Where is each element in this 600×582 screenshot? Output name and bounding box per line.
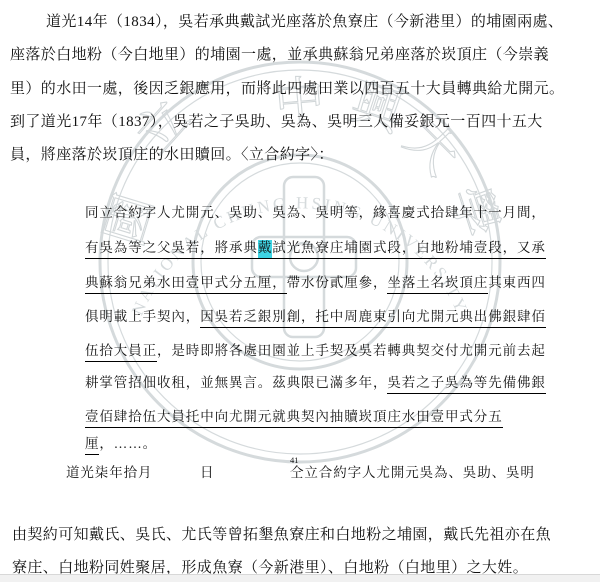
quote-segment: ，是時即將各處田園並上手契及吳若轉典契交付尤開元前去起 — [157, 343, 546, 358]
seal-inner-ring — [193, 155, 407, 369]
signatories-text: 仝立合約字人尤開元吳為、吳助、吳明 — [290, 461, 535, 481]
underlined-segment: 試光魚寮庄埔園式段，白地粉埔壹段，又承 — [272, 240, 546, 259]
quote-line-5: 伍拾大員正，是時即將各處田園並上手契及吳若轉典契交付尤開元前去起 — [85, 339, 546, 359]
contract-signatories: 仝立合約字人尤開元吳為、吳助、吳明41 — [290, 461, 299, 479]
seal-inner-ring-inner-line — [201, 163, 399, 361]
underlined-segment: 坐落土名崁頂庄 — [387, 275, 488, 294]
quote-line-2: 有吳為等之父吳若，將承典戴試光魚寮庄埔園式段，白地粉埔壹段，又承 — [85, 236, 546, 256]
intro-line-1: 道光14年（1834），吳若承典戴試光座落於魚寮庄（今新港里）的埔園兩處、 — [46, 10, 563, 31]
quote-line-8: 厘，……。 — [85, 432, 157, 452]
intro-line-3: 里）的水田一處，後因乏銀應用，而將此四處田業以四百五十大員轉典給尤開元。 — [10, 77, 564, 98]
quote-segment: 耕掌管招佃收租，並無異言。茲典限已滿多年， — [85, 375, 387, 390]
document-page: 國 立 中 興 大 學 NATIONAL CHUNG HSING UNIVERS… — [0, 0, 600, 582]
quote-line-4: 俱明載上手契內，因吳若乏銀別創，托中周鹿東引向尤開元典出佛銀肆佰 — [85, 305, 546, 325]
quote-segment: 帶水份貳厘參， — [287, 275, 388, 290]
quote-line-6: 耕掌管招佃收租，並無異言。茲典限已滿多年，吳若之子吳為等先備佛銀 — [85, 371, 546, 391]
contract-date-day: 日 — [200, 461, 214, 481]
underlined-segment: 典蘇翁兄弟水田壹甲式分五厘， — [85, 275, 287, 294]
intro-line-5: 員，將座落於崁頂庄的水田贖回。〈立合約字〉： — [10, 143, 334, 164]
quote-line-3: 典蘇翁兄弟水田壹甲式分五厘，帶水份貳厘參，坐落土名崁頂庄其東西四 — [85, 271, 546, 291]
quote-segment: ，……。 — [99, 436, 157, 451]
underlined-segment: 有吳為等之父吳若，將承典 — [85, 240, 258, 259]
page-edge-strip — [0, 574, 600, 582]
quote-segment: 其東西四 — [488, 275, 546, 290]
underlined-segment: 因吳若乏銀別創，托中周鹿東引向尤開元典出佛銀肆佰 — [200, 309, 546, 328]
underlined-segment: 壹佰肆拾伍大員托中向尤開元就典契內抽贖崁頂庄水田壹甲式分五 — [85, 409, 503, 428]
seal-arc-path — [140, 208, 459, 320]
intro-line-2: 座落於白地粉（今白地里）的埔園一處，並承典蘇翁兄弟座落於崁頂庄（今崇義 — [10, 43, 549, 64]
quote-segment: 俱明載上手契內， — [85, 309, 200, 324]
footnote-ref-41: 41 — [290, 455, 299, 465]
closing-line-1: 由契約可知戴氏、吳氏、尤氏等曾拓墾魚寮庄和白地粉之埔園，戴氏先祖亦在魚 — [12, 523, 551, 544]
search-highlight: 戴 — [258, 240, 272, 259]
quote-line-7: 壹佰肆拾伍大員托中向尤開元就典契內抽贖崁頂庄水田壹甲式分五 — [85, 405, 503, 425]
quote-segment: 同立合約字人尤開元、吳助、吳為、吳明等，緣喜慶式拾肆年十一月間， — [85, 205, 546, 220]
underlined-segment: 伍拾大員正 — [85, 343, 157, 362]
quote-line-1: 同立合約字人尤開元、吳助、吳為、吳明等，緣喜慶式拾肆年十一月間， — [85, 201, 546, 221]
contract-date-era: 道光柒年拾月 — [66, 461, 152, 481]
underlined-segment: 厘 — [85, 436, 99, 455]
underlined-segment: 吳若之子吳為等先備佛銀 — [387, 375, 545, 394]
intro-line-4: 到了道光17年（1837），吳若之子吳助、吳為、吳明三人備妥銀元一百四十五大 — [10, 110, 543, 131]
